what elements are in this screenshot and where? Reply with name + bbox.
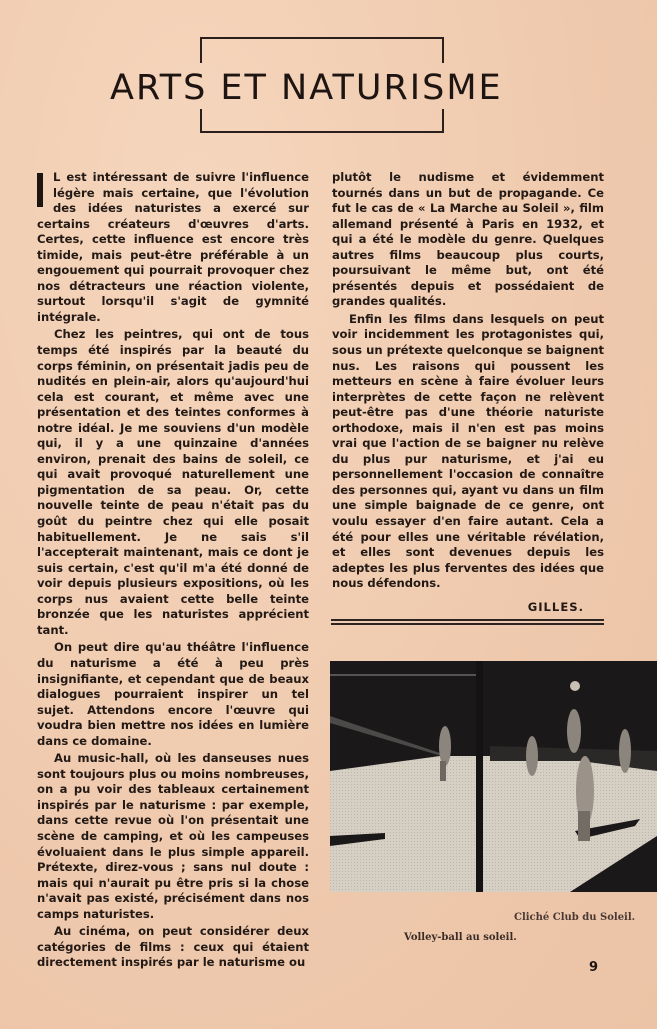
photo-credit: Cliché Club du Soleil. [514, 912, 635, 923]
frame-line [200, 131, 444, 133]
photo-image [330, 661, 657, 892]
paragraph-text: L est intéressant de suivre l'influence … [37, 170, 309, 324]
frame-line [200, 37, 202, 63]
paragraph: L est intéressant de suivre l'influence … [37, 170, 309, 325]
frame-line [200, 109, 202, 133]
paragraph: Chez les peintres, qui ont de tous temps… [37, 327, 309, 638]
frame-line [442, 37, 444, 63]
double-rule-divider [331, 619, 604, 625]
frame-line [442, 109, 444, 133]
paragraph: plutôt le nudisme et évidemment tournés … [332, 170, 604, 310]
volleyball-photo [330, 661, 657, 892]
frame-line [200, 37, 444, 39]
paragraph: On peut dire qu'au théâtre l'influence d… [37, 640, 309, 749]
right-column: plutôt le nudisme et évidemment tournés … [332, 170, 604, 615]
left-column: L est intéressant de suivre l'influence … [37, 170, 309, 971]
paragraph: Enfin les films dans lesquels on peut vo… [332, 312, 604, 592]
photo-caption: Volley-ball au soleil. [404, 932, 517, 943]
dropcap-bar [37, 173, 43, 207]
article-title: ARTS ET NATURISME [110, 66, 540, 110]
paragraph: Au music-hall, où les danseuses nues son… [37, 751, 309, 922]
page-number: 9 [589, 960, 598, 975]
author-signature: GILLES. [332, 600, 604, 616]
paragraph: Au cinéma, on peut considérer deux catég… [37, 924, 309, 971]
